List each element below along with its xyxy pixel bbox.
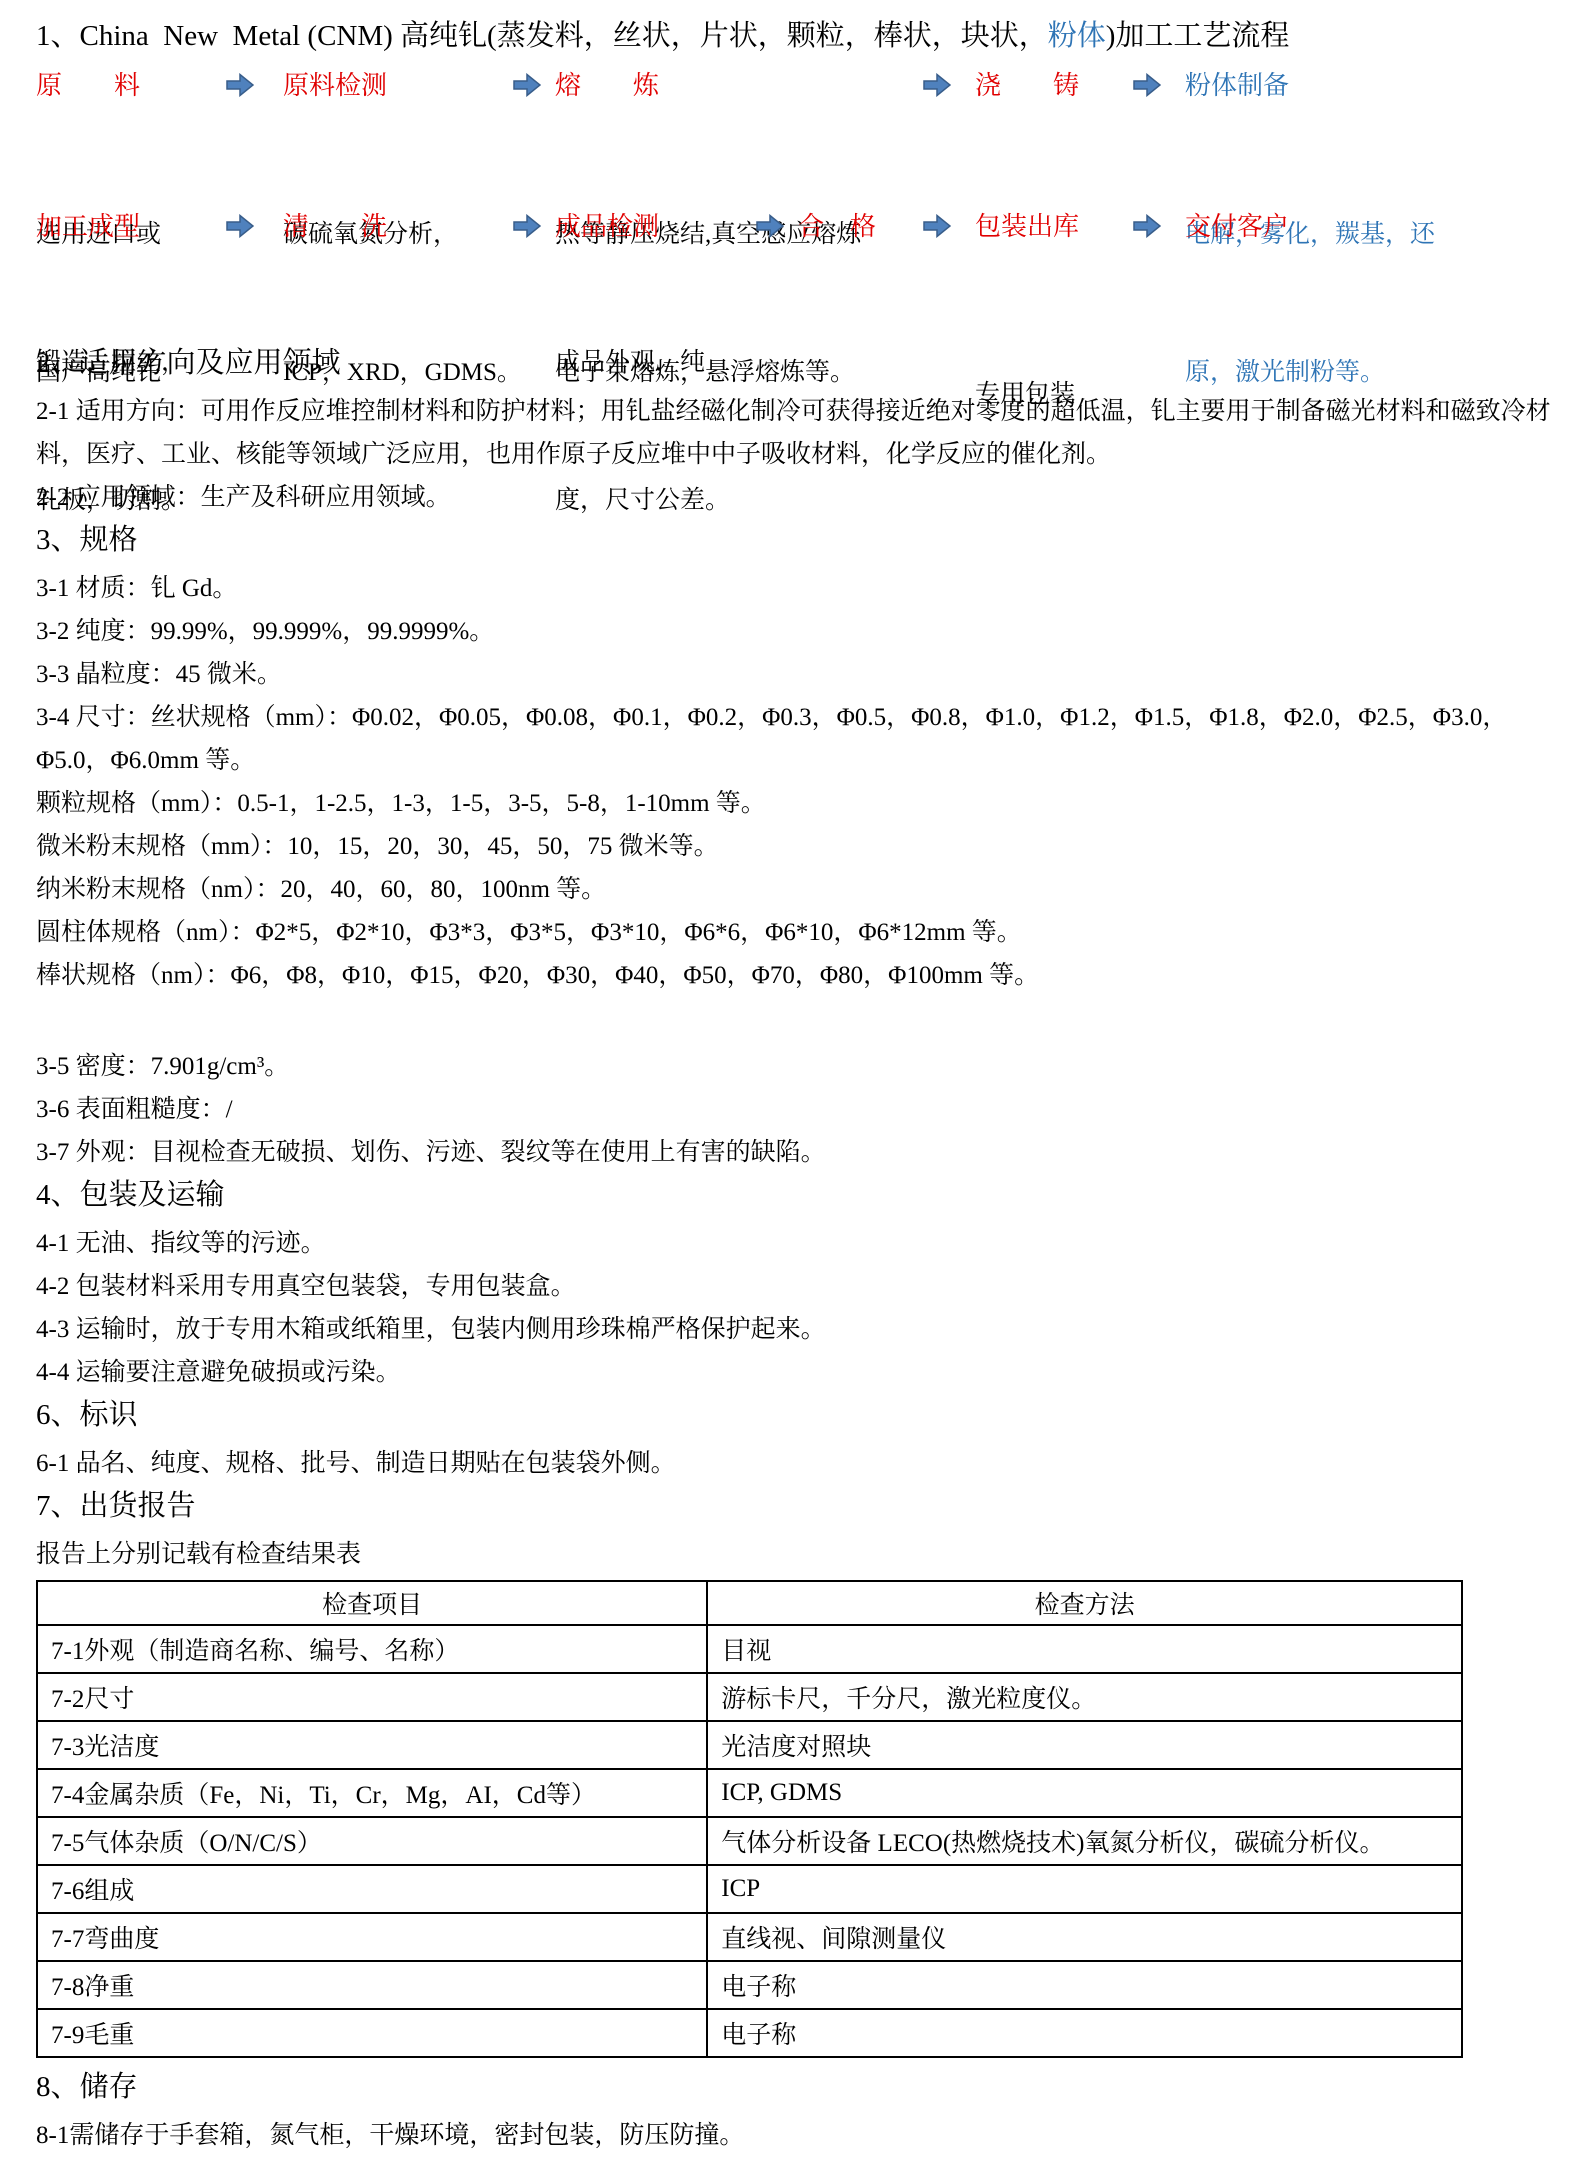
flow-step-delivery: 交付客户 <box>1185 212 1289 242</box>
title-highlight: 粉体 <box>1048 20 1106 52</box>
flow-step-forming: 加工成型 <box>36 212 140 242</box>
arrow-right-icon <box>226 73 254 97</box>
document-page: 1、China New Metal (CNM) 高纯钆(蒸发料，丝状，片状，颗粒… <box>0 0 1587 2160</box>
arrow-right-icon <box>1133 214 1161 238</box>
flow-step-cleaning: 清 洗 <box>283 212 387 242</box>
inspection-item: 7-3光洁度 <box>37 1721 707 1769</box>
table-row: 7-6组成 ICP <box>37 1865 1462 1913</box>
inspection-table: 检查项目 检查方法 7-1外观（制造商名称、编号、名称） 目视 7-2尺寸 游标… <box>36 1580 1463 2058</box>
spec-rod-sizes: 棒状规格（nm）：Φ6，Φ8，Φ10，Φ15，Φ20，Φ30，Φ40，Φ50，Φ… <box>36 954 1560 997</box>
spec-cylinder-sizes: 圆柱体规格（nm）：Φ2*5，Φ2*10，Φ3*3，Φ3*5，Φ3*10，Φ6*… <box>36 911 1560 954</box>
table-row: 7-3光洁度 光洁度对照块 <box>37 1721 1462 1769</box>
inspection-item: 7-2尺寸 <box>37 1673 707 1721</box>
spec-micron-powder-sizes: 微米粉末规格（mm）：10，15，20，30，45，50，75 微米等。 <box>36 825 1560 868</box>
spec-material: 3-1 材质：钆 Gd。 <box>36 567 1560 610</box>
flow-step-packaging-outbound: 包装出库 <box>975 212 1079 242</box>
spec-density: 3-5 密度：7.901g/cm³。 <box>36 1045 1560 1088</box>
inspection-item: 7-6组成 <box>37 1865 707 1913</box>
title-suffix: )加工工艺流程 <box>1106 20 1290 52</box>
flow-step-smelting: 熔 炼 <box>555 71 659 101</box>
spec-granule-sizes: 颗粒规格（mm）：0.5-1，1-2.5，1-3，1-5，3-5，5-8，1-1… <box>36 782 1560 825</box>
spec-appearance: 3-7 外观：目视检查无破损、划伤、污迹、裂纹等在使用上有害的缺陷。 <box>36 1131 1560 1174</box>
table-row: 7-7弯曲度 直线视、间隙测量仪 <box>37 1913 1462 1961</box>
section-8-heading: 8、储存 <box>36 2068 1560 2106</box>
flow-note-packaging: 专用包装 <box>975 280 1075 510</box>
packing-item-4: 4-4 运输要注意避免破损或污染。 <box>36 1351 1560 1394</box>
section-3-heading: 3、规格 <box>36 521 1560 559</box>
report-intro: 报告上分别记载有检查结果表 <box>36 1533 1560 1576</box>
col-header-inspection-method: 检查方法 <box>707 1581 1462 1625</box>
flow-step-powder-preparation: 粉体制备 <box>1185 71 1289 101</box>
arrow-right-icon <box>1133 73 1161 97</box>
flow-step-product-inspection: 成品检测 <box>555 212 659 242</box>
spec-surface-roughness: 3-6 表面粗糙度：/ <box>36 1088 1560 1131</box>
inspection-item: 7-1外观（制造商名称、编号、名称） <box>37 1625 707 1673</box>
packing-item-3: 4-3 运输时，放于专用木箱或纸箱里，包装内侧用珍珠棉严格保护起来。 <box>36 1308 1560 1351</box>
inspection-method: ICP <box>707 1865 1462 1913</box>
inspection-method: 电子称 <box>707 2009 1462 2057</box>
inspection-method: 目视 <box>707 1625 1462 1673</box>
labeling-item-1: 6-1 品名、纯度、规格、批号、制造日期贴在包装袋外侧。 <box>36 1442 1560 1485</box>
page-title: 1、China New Metal (CNM) 高纯钆(蒸发料，丝状，片状，颗粒… <box>36 18 1560 54</box>
arrow-right-icon <box>513 73 541 97</box>
arrow-right-icon <box>923 214 951 238</box>
title-prefix: 1、China New Metal (CNM) 高纯钆(蒸发料，丝状，片状，颗粒… <box>36 20 1048 52</box>
arrow-right-icon <box>513 214 541 238</box>
section-6-heading: 6、标识 <box>36 1396 1560 1434</box>
blank-line <box>36 997 1560 1045</box>
inspection-method: 电子称 <box>707 1961 1462 2009</box>
inspection-method: 直线视、间隙测量仪 <box>707 1913 1462 1961</box>
spec-grain-size: 3-3 晶粒度：45 微米。 <box>36 653 1560 696</box>
inspection-method: 气体分析设备 LECO(热燃烧技术)氧氮分析仪，碳硫分析仪。 <box>707 1817 1462 1865</box>
packing-item-2: 4-2 包装材料采用专用真空包装袋，专用包装盒。 <box>36 1265 1560 1308</box>
storage-item-1: 8-1需储存于手套箱，氮气柜，干燥环境，密封包装，防压防撞。 <box>36 2114 1560 2157</box>
inspection-item: 7-4金属杂质（Fe，Ni，Ti，Cr，Mg，AI，Cd等） <box>37 1769 707 1817</box>
inspection-item: 7-8净重 <box>37 1961 707 2009</box>
table-row: 7-4金属杂质（Fe，Ni，Ti，Cr，Mg，AI，Cd等） ICP, GDMS <box>37 1769 1462 1817</box>
arrow-right-icon <box>756 214 784 238</box>
inspection-method: ICP, GDMS <box>707 1769 1462 1817</box>
table-row: 7-5气体杂质（O/N/C/S） 气体分析设备 LECO(热燃烧技术)氧氮分析仪… <box>37 1817 1462 1865</box>
flow-step-casting: 浇 铸 <box>975 71 1079 101</box>
flow-step-qualified: 合 格 <box>798 212 876 242</box>
flow-note-forming: 锻造，拉丝， 轧板，切割。 <box>36 248 186 616</box>
table-row: 7-9毛重 电子称 <box>37 2009 1462 2057</box>
spec-purity: 3-2 纯度：99.99%，99.999%，99.9999%。 <box>36 610 1560 653</box>
flow-note-powder-preparation: 电解，雾化，羰基，还 原，激光制粉等。 <box>1185 120 1435 488</box>
flow-note-product-inspection: 成品外观，纯 度，尺寸公差。 <box>555 248 730 616</box>
table-header-row: 检查项目 检查方法 <box>37 1581 1462 1625</box>
spec-wire-sizes: 3-4 尺寸：丝状规格（mm）：Φ0.02，Φ0.05，Φ0.08，Φ0.1，Φ… <box>36 696 1560 782</box>
spec-nano-powder-sizes: 纳米粉末规格（nm）：20，40，60，80，100nm 等。 <box>36 868 1560 911</box>
packing-item-1: 4-1 无油、指纹等的污迹。 <box>36 1222 1560 1265</box>
inspection-item: 7-9毛重 <box>37 2009 707 2057</box>
col-header-inspection-item: 检查项目 <box>37 1581 707 1625</box>
table-row: 7-8净重 电子称 <box>37 1961 1462 2009</box>
inspection-item: 7-5气体杂质（O/N/C/S） <box>37 1817 707 1865</box>
table-row: 7-1外观（制造商名称、编号、名称） 目视 <box>37 1625 1462 1673</box>
section-7-heading: 7、出货报告 <box>36 1487 1560 1525</box>
arrow-right-icon <box>923 73 951 97</box>
flow-step-raw-material: 原 料 <box>36 71 140 101</box>
flow-step-material-testing: 原料检测 <box>283 71 387 101</box>
arrow-right-icon <box>226 214 254 238</box>
inspection-method: 光洁度对照块 <box>707 1721 1462 1769</box>
inspection-item: 7-7弯曲度 <box>37 1913 707 1961</box>
flow-note-material-testing: 碳硫氧氮分析， ICP，XRD，GDMS。 <box>283 120 522 488</box>
process-flow-diagram: 原 料 原料检测 熔 炼 浇 铸 粉体制备 选用进口或 国产高纯钆 碳硫氧氮分析… <box>36 54 1560 342</box>
table-row: 7-2尺寸 游标卡尺，千分尺，激光粒度仪。 <box>37 1673 1462 1721</box>
section-4-heading: 4、包装及运输 <box>36 1176 1560 1214</box>
inspection-method: 游标卡尺，千分尺，激光粒度仪。 <box>707 1673 1462 1721</box>
